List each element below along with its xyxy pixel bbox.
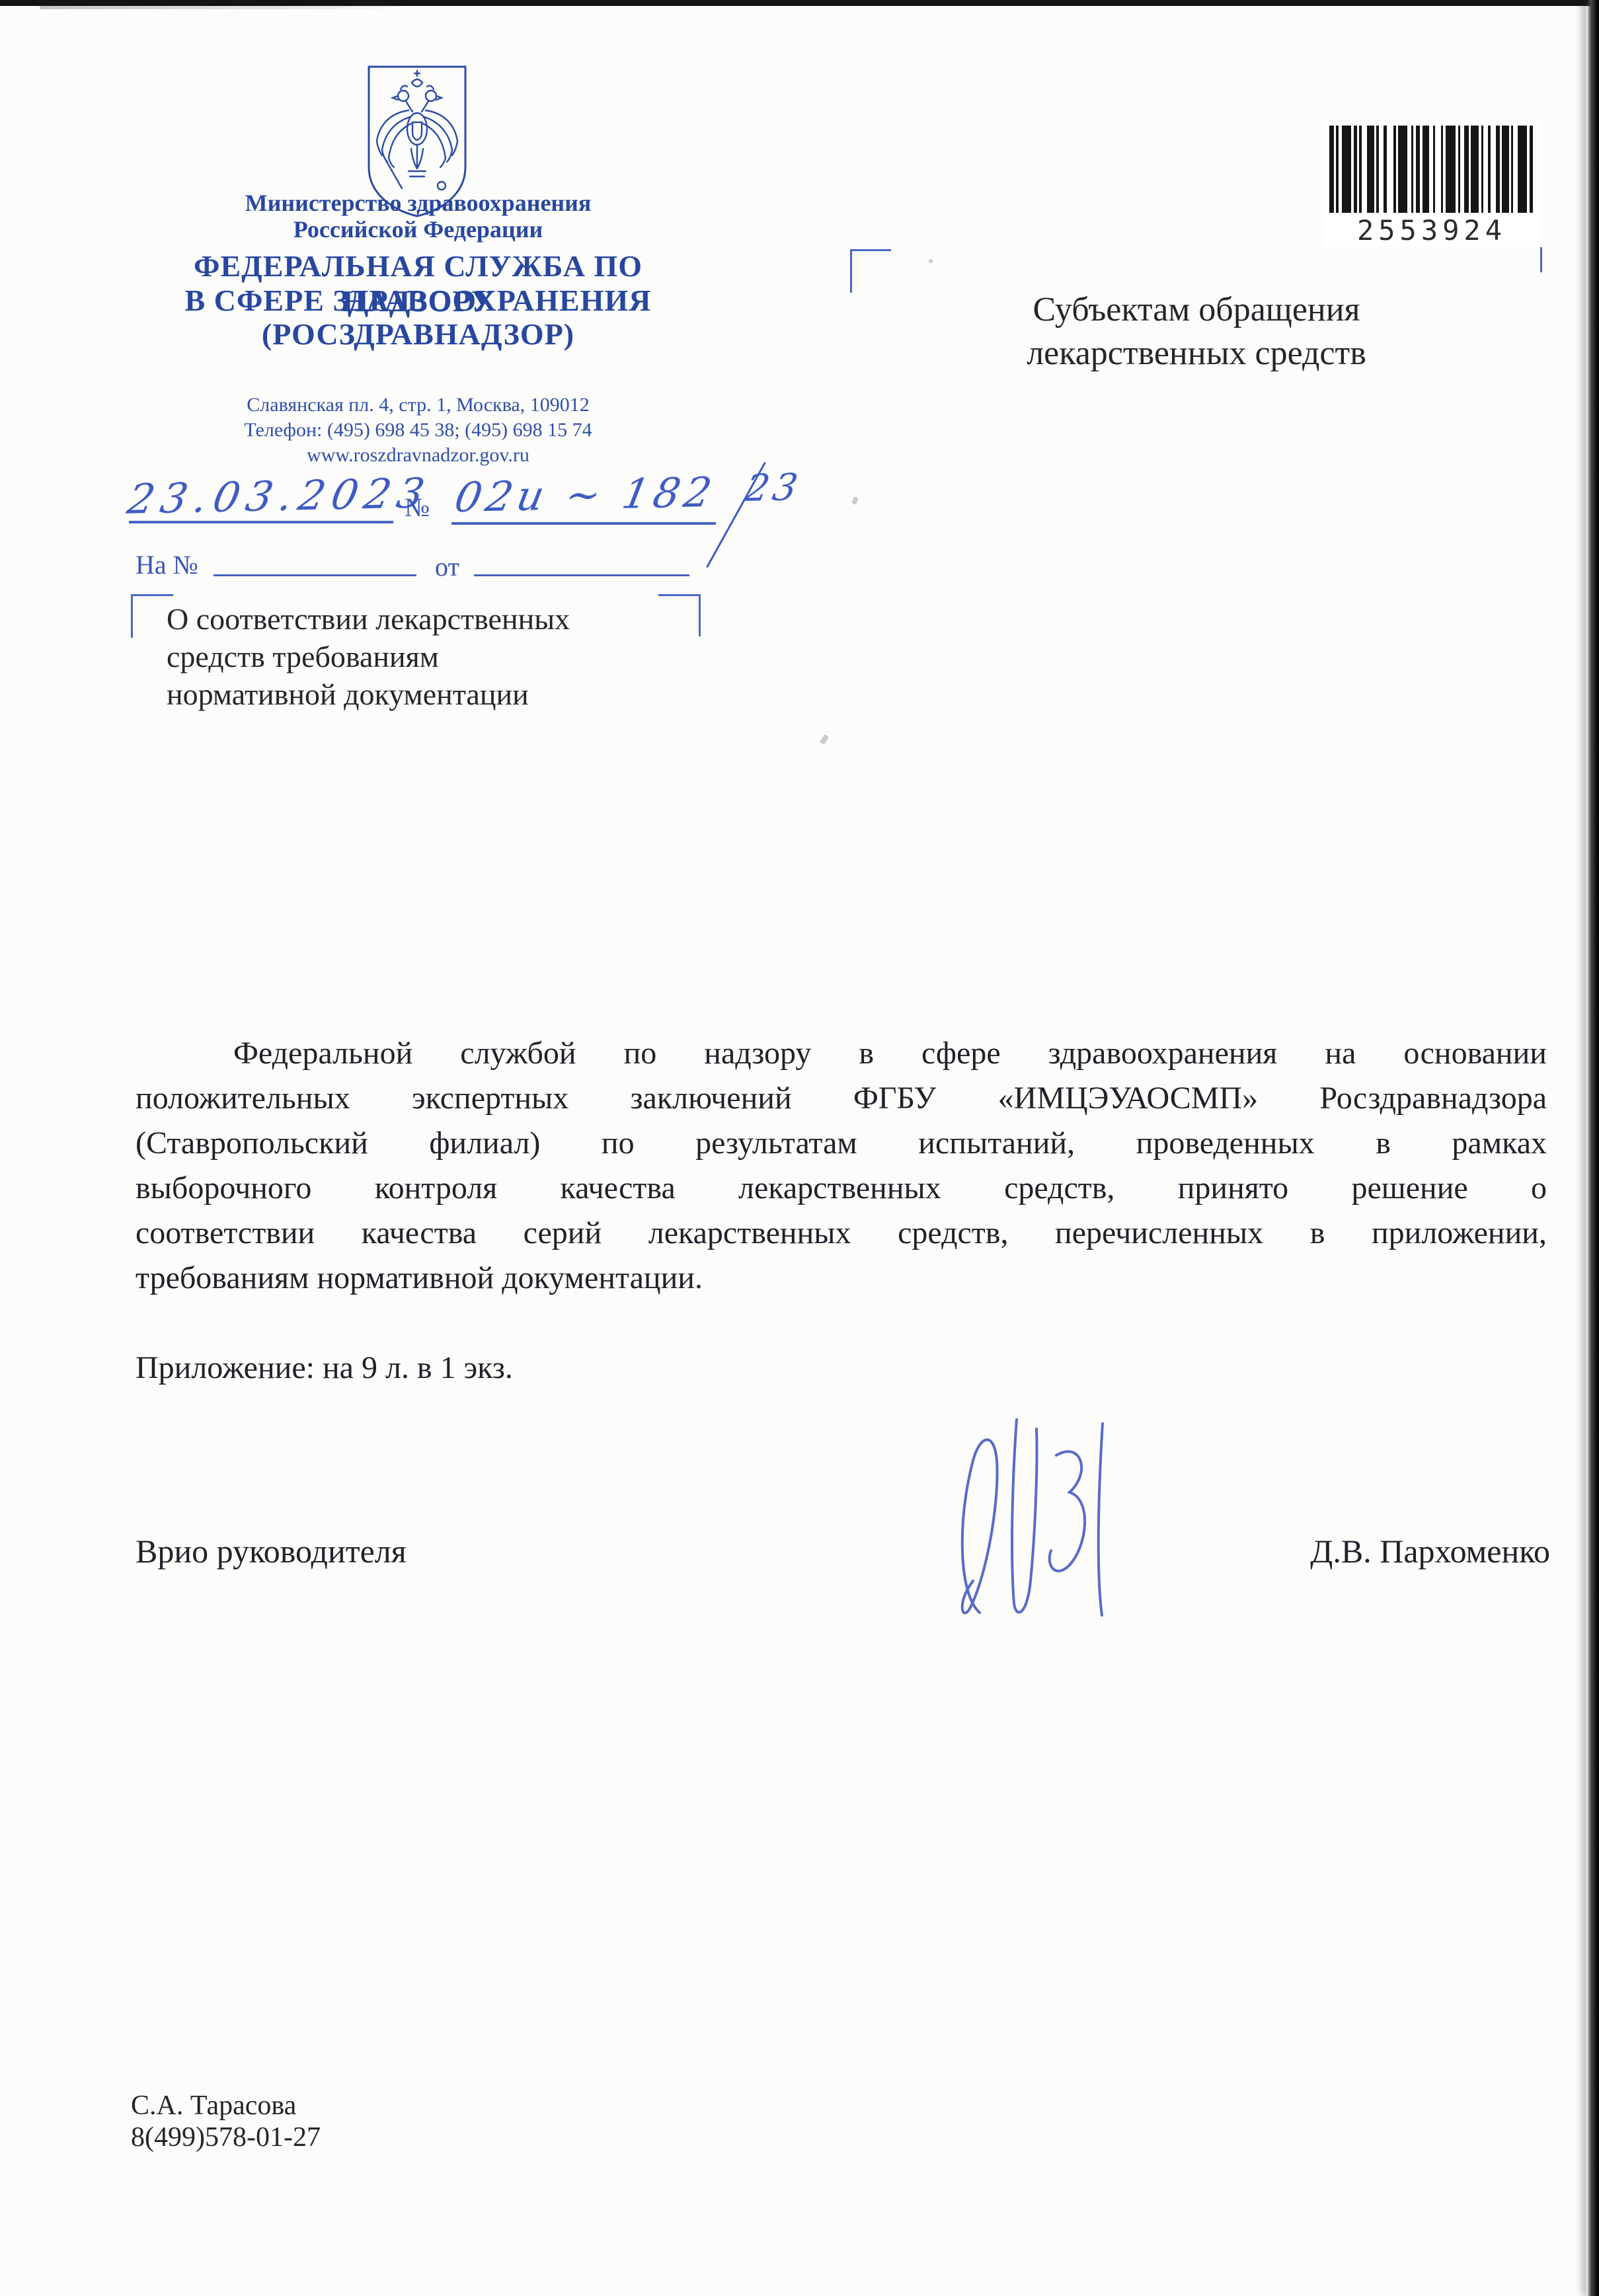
- service-name-line2: В СФЕРЕ ЗДРАВООХРАНЕНИЯ: [122, 283, 714, 318]
- scan-speck: [851, 496, 858, 505]
- subject-bracket-left-vertical: [131, 594, 133, 638]
- recipient-bracket-vertical: [850, 249, 852, 293]
- recipient-block: Субъектам обращения лекарственных средст…: [992, 288, 1401, 375]
- reply-date-blank-line: [474, 574, 689, 576]
- address-line: Славянская пл. 4, стр. 1, Москва, 109012: [122, 394, 714, 416]
- outgoing-date-handwritten: 23.03.2023: [124, 469, 435, 523]
- ministry-name-line1: Министерство здравоохранения: [122, 189, 714, 217]
- body-line: (Ставропольский филиал) по результатам и…: [136, 1121, 1547, 1166]
- subject-line3: нормативной документации: [167, 675, 689, 713]
- number-sign: №: [405, 492, 430, 523]
- subject-block: О соответствии лекарственных средств тре…: [167, 600, 689, 713]
- number-suffix-handwritten: 23: [742, 466, 805, 510]
- scan-top-edge-artifact: [0, 0, 1599, 6]
- body-line: Федеральной службой по надзору в сфере з…: [136, 1031, 1547, 1076]
- attachment-note: Приложение: на 9 л. в 1 экз.: [136, 1350, 513, 1386]
- recipient-line1: Субъектам обращения: [992, 288, 1401, 332]
- date-underline: [129, 521, 393, 523]
- scanned-letter-page: Министерство здравоохранения Российской …: [0, 0, 1599, 2296]
- barcode-number: 2553924: [1325, 214, 1538, 247]
- reply-label: На №: [136, 549, 198, 580]
- subject-line2: средств требованиям: [167, 638, 689, 675]
- scan-right-edge-artifact: [1586, 0, 1599, 2296]
- reply-from-label: от: [435, 551, 459, 582]
- signature-ink-icon: [939, 1414, 1137, 1626]
- phone-line: Телефон: (495) 698 45 38; (495) 698 15 7…: [122, 419, 714, 441]
- subject-line1: О соответствии лекарственных: [167, 600, 689, 638]
- body-line: выборочного контроля качества лекарствен…: [136, 1166, 1547, 1211]
- subject-bracket-right-vertical: [699, 594, 701, 636]
- subject-bracket-left-horizontal: [131, 594, 173, 596]
- scan-speck: [820, 734, 830, 745]
- service-name-line3: (РОСЗДРАВНАДЗОР): [122, 317, 714, 352]
- executor-phone: 8(499)578-01-27: [131, 2122, 321, 2153]
- body-line: требованиям нормативной документации.: [136, 1256, 1547, 1301]
- body-paragraph: Федеральной службой по надзору в сфере з…: [136, 1031, 1547, 1301]
- executor-name: С.А. Тарасова: [131, 2090, 296, 2122]
- recipient-right-tick: [1540, 247, 1542, 272]
- signer-position: Врио руководителя: [136, 1532, 407, 1570]
- recipient-line2: лекарственных средств: [992, 332, 1401, 375]
- recipient-bracket-horizontal: [850, 249, 891, 251]
- scan-speck: [929, 259, 933, 263]
- website-line: www.roszdravnadzor.gov.ru: [122, 444, 714, 467]
- ministry-name-line2: Российской Федерации: [122, 215, 714, 243]
- body-line: положительных экспертных заключений ФГБУ…: [136, 1076, 1547, 1121]
- signer-name: Д.В. Пархоменко: [1256, 1532, 1550, 1570]
- barcode-bars: [1329, 126, 1533, 213]
- subject-bracket-right-horizontal: [658, 594, 701, 596]
- reply-number-blank-line: [214, 574, 416, 576]
- scan-top-smear-artifact: [40, 6, 410, 9]
- outgoing-number-handwritten: 02и ~ 182: [451, 468, 720, 521]
- registration-barcode: 2553924: [1325, 121, 1538, 247]
- number-underline: [451, 522, 716, 525]
- body-line: соответствии качества серий лекарственны…: [136, 1211, 1547, 1256]
